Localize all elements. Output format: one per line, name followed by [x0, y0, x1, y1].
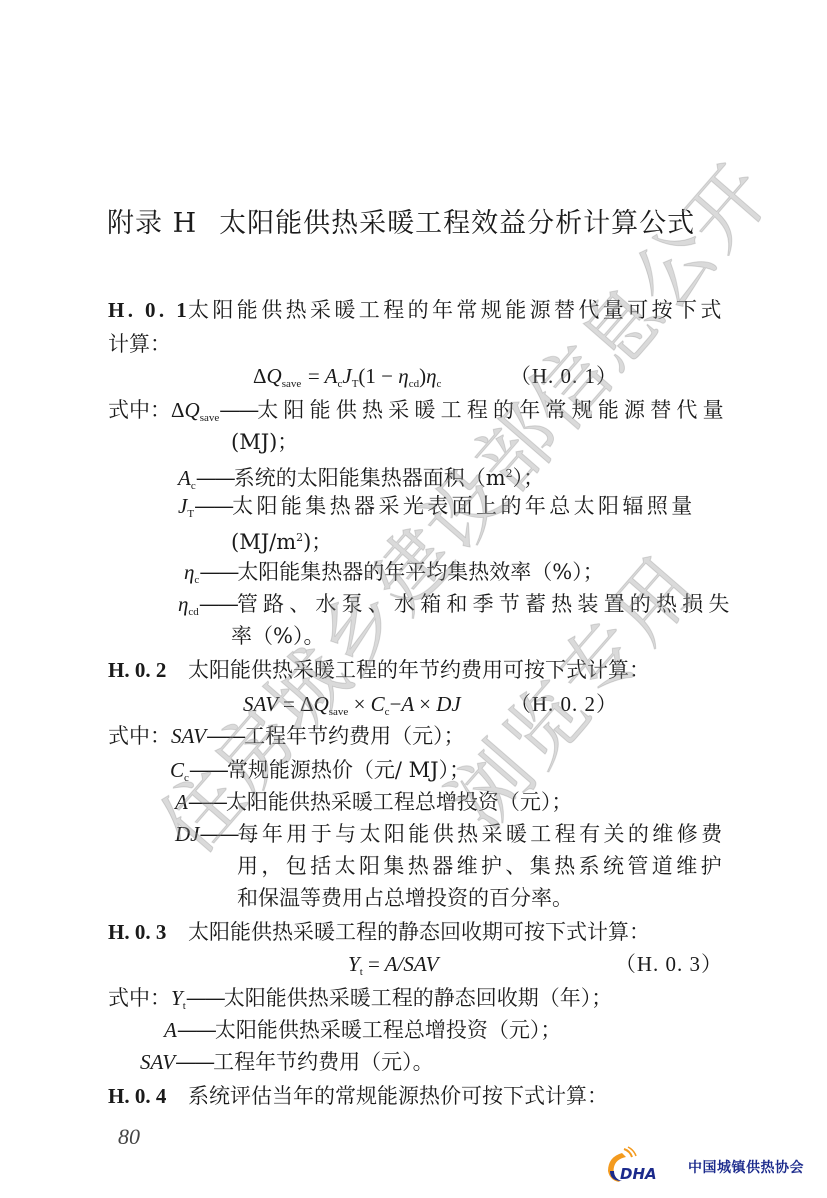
- definition-a: A——太阳能供热采暖工程总增投资（元）；: [175, 788, 572, 816]
- cdha-logo-icon: DHA: [600, 1145, 688, 1185]
- definition-dj: DJ——每年用于与太阳能供热采暖工程有关的维修费: [175, 820, 726, 848]
- cdha-logo: DHA 中国城镇供热协会: [600, 1145, 820, 1185]
- appendix-label: 附录 H: [107, 208, 197, 239]
- clause-h04: H. 0. 4系统评估当年的常规能源热价可按下式计算：: [108, 1082, 608, 1110]
- clause-h01: H. 0. 1太阳能供热采暖工程的年常规能源替代量可按下式: [108, 296, 725, 324]
- appendix-heading: 太阳能供热采暖工程效益分析计算公式: [219, 208, 695, 239]
- clause-number: H. 0. 4: [108, 1082, 188, 1110]
- clause-text: 太阳能供热采暖工程的年节约费用可按下式计算：: [188, 658, 650, 682]
- page-number: 80: [118, 1124, 140, 1150]
- clause-number: H. 0. 3: [108, 918, 188, 946]
- equation-h02: SAV = ΔQsave × Cc−A × DJ （H. 0. 2）: [243, 690, 723, 726]
- definition-eta-cd-cont: 率（%）。: [231, 622, 324, 650]
- definition-yt: 式中：Yt——太阳能供热采暖工程的静态回收期（年）；: [108, 984, 612, 1020]
- clause-h02: H. 0. 2太阳能供热采暖工程的年节约费用可按下式计算：: [108, 656, 650, 684]
- equation-label: （H. 0. 3）: [615, 950, 723, 978]
- definition-sav-h03: SAV——工程年节约费用（元）。: [140, 1048, 434, 1076]
- logo-text: 中国城镇供热协会: [688, 1157, 804, 1177]
- appendix-title: 附录 H太阳能供热采暖工程效益分析计算公式: [107, 206, 695, 242]
- document-page: 附录 H太阳能供热采暖工程效益分析计算公式 H. 0. 1太阳能供热采暖工程的年…: [0, 0, 827, 1198]
- equation-label: （H. 0. 2）: [510, 690, 618, 718]
- equation-h01: ΔΔQQsave = AcJT(1 − ηcd)ηc （H. 0. 1）: [253, 362, 723, 398]
- definition-eta-cd: ηcd——管路、水泵、水箱和季节蓄热装置的热损失: [178, 590, 735, 626]
- definition-dj-cont1: 用，包括太阳集热器维护、集热系统管道维护: [237, 852, 725, 880]
- clause-number: H. 0. 2: [108, 656, 188, 684]
- definition-dq-save: 式中：ΔQsave——太阳能供热采暖工程的年常规能源替代量: [108, 396, 729, 432]
- definition-cc: Cc——常规能源热价（元/ MJ）；: [170, 756, 470, 792]
- equation-h03: Yt = A/SAV （H. 0. 3）: [348, 950, 723, 986]
- svg-text:DHA: DHA: [620, 1165, 657, 1183]
- definition-eta-c: ηc——太阳能集热器的年平均集热效率（%）；: [184, 558, 604, 594]
- equation-label: （H. 0. 1）: [510, 362, 618, 390]
- definition-jt: JT——太阳能集热器采光表面上的年总太阳辐照量: [178, 492, 696, 528]
- definition-sav: 式中：SAV——工程年节约费用（元）；: [108, 722, 465, 750]
- clause-text: 太阳能供热采暖工程的年常规能源替代量可按下式: [188, 298, 725, 322]
- definition-jt-unit: (MJ/m2)；: [231, 524, 332, 556]
- clause-h03: H. 0. 3太阳能供热采暖工程的静态回收期可按下式计算：: [108, 918, 650, 946]
- definition-dj-cont2: 和保温等费用占总增投资的百分率。: [237, 884, 573, 912]
- clause-text: 太阳能供热采暖工程的静态回收期可按下式计算：: [188, 920, 650, 944]
- definition-a-h03: A——太阳能供热采暖工程总增投资（元）；: [164, 1016, 561, 1044]
- clause-h01-cont: 计算：: [108, 330, 171, 358]
- definition-dq-save-unit: (MJ)；: [231, 428, 298, 456]
- clause-number: H. 0. 1: [108, 296, 188, 324]
- clause-text: 系统评估当年的常规能源热价可按下式计算：: [188, 1084, 608, 1108]
